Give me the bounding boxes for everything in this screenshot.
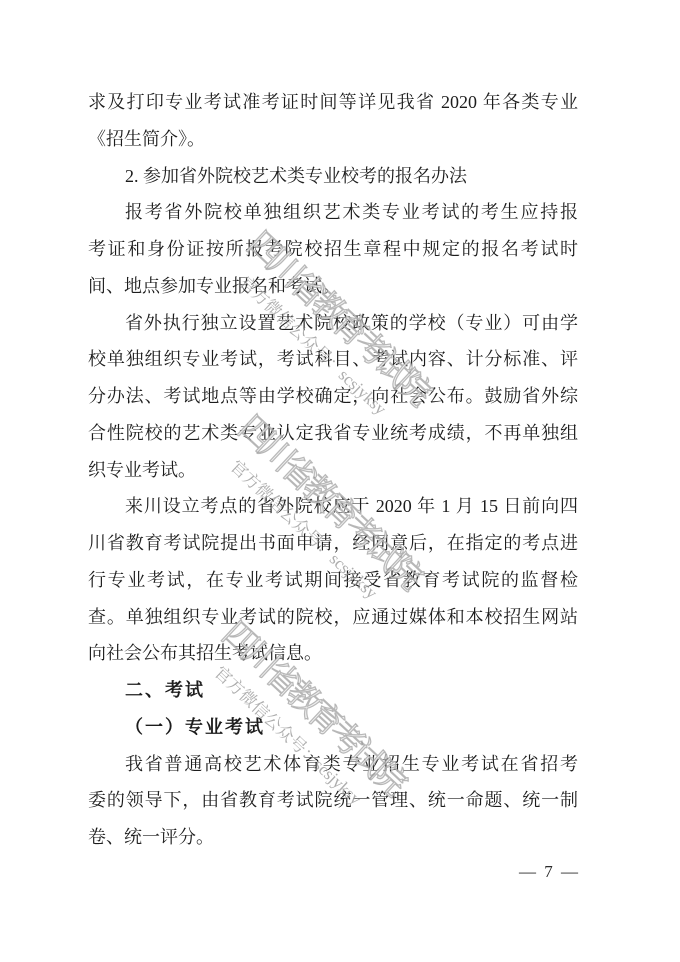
section-heading: 二、考试 [88,672,578,709]
text-line: 向社会公布其招生考试信息。 [88,635,578,672]
subsection-heading: （一）专业考试 [88,709,578,746]
text-line: 间、地点参加专业报名和考试。 [88,268,578,305]
page-number: — 7 — [519,862,580,882]
text-line: 来川设立考点的省外院校应于 2020 年 1 月 15 日前向四 [88,488,578,525]
document-page: 求及打印专业考试准考证时间等详见我省 2020 年各类专业 《招生简介》。 2.… [0,0,680,962]
text-line: 校单独组织专业考试，考试科目、考试内容、计分标准、评 [88,341,578,378]
document-body: 求及打印专业考试准考证时间等详见我省 2020 年各类专业 《招生简介》。 2.… [88,84,578,856]
text-line: 行专业考试，在专业考试期间接受省教育考试院的监督检 [88,562,578,599]
text-line: 卷、统一评分。 [88,819,578,856]
text-line: 委的领导下，由省教育考试院统一管理、统一命题、统一制 [88,782,578,819]
text-line: 查。单独组织专业考试的院校，应通过媒体和本校招生网站 [88,599,578,636]
text-line: 《招生简介》。 [88,121,578,158]
text-line: 报考省外院校单独组织艺术类专业考试的考生应持报 [88,194,578,231]
text-line: 合性院校的艺术类专业认定我省专业统考成绩，不再单独组 [88,415,578,452]
text-line: 我省普通高校艺术体育类专业招生专业考试在省招考 [88,746,578,783]
text-line: 分办法、考试地点等由学校确定，向社会公布。鼓励省外综 [88,378,578,415]
text-line: 川省教育考试院提出书面申请，经同意后，在指定的考点进 [88,525,578,562]
text-line: 求及打印专业考试准考证时间等详见我省 2020 年各类专业 [88,84,578,121]
text-line: 考证和身份证按所报考院校招生章程中规定的报名考试时 [88,231,578,268]
text-line: 2. 参加省外院校艺术类专业校考的报名办法 [88,158,578,195]
text-line: 省外执行独立设置艺术院校政策的学校（专业）可由学 [88,305,578,342]
text-line: 织专业考试。 [88,452,578,489]
